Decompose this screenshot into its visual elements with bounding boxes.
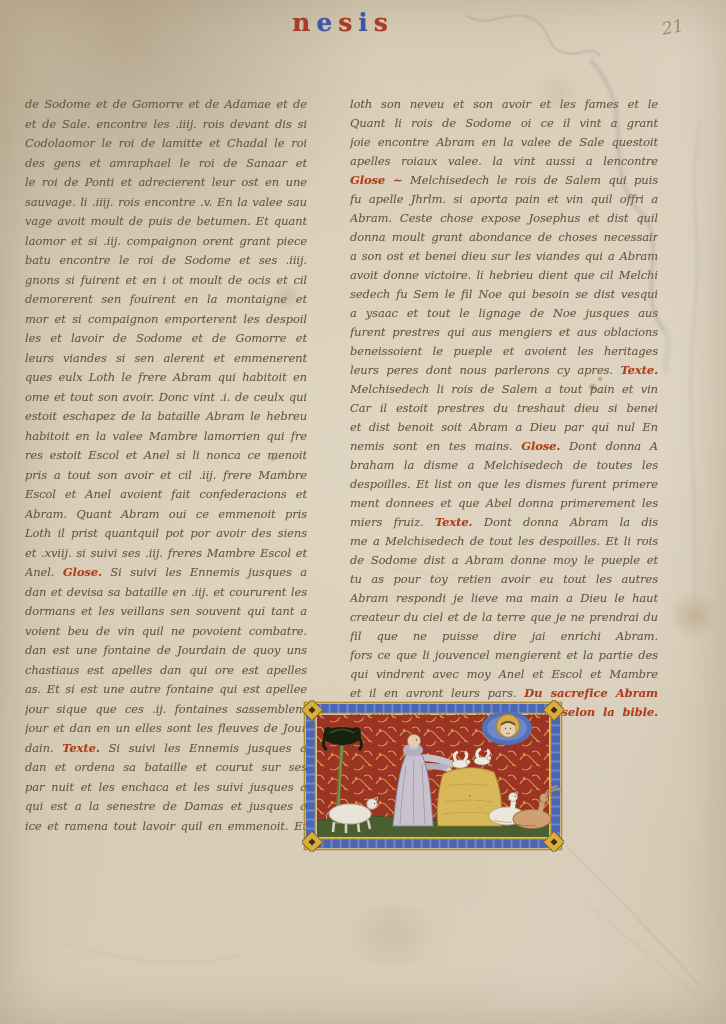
- text-segment: fil que ne puisse dire jai enrichi Abram…: [350, 629, 658, 643]
- text-segment: Loth il prist quantquil pot por avoir de…: [25, 526, 307, 544]
- text-segment: dormans et les veillans sen souvent qui …: [25, 604, 307, 618]
- text-segment: fors ce que li jouvencel mengierent et l…: [350, 648, 658, 665]
- text-segment: furent prestres qui aus mengiers et aus …: [350, 325, 658, 339]
- text-line: despoilles. Et list on que les dismes fu…: [350, 475, 658, 494]
- text-segment: beneissoient le pueple et avoient les he…: [350, 344, 658, 358]
- text-segment: estoit eschapez de la bataille Abram le …: [25, 409, 307, 427]
- text-segment: despoilles. Et list on que les dismes fu…: [350, 477, 658, 491]
- text-segment: leurs viandes si sen alerent et emmenere…: [25, 351, 307, 369]
- text-segment: Quant li rois de Sodome oi ce il vint a …: [350, 116, 658, 130]
- text-line: Escol et Anel avoient fait confederacion…: [25, 485, 307, 505]
- text-line: jour sique que ces .ij. fontaines sassem…: [25, 700, 307, 720]
- text-line: et dist benoit soit Abram a Dieu par qui…: [350, 418, 658, 437]
- text-line: createur du ciel et de la terre que je n…: [350, 608, 658, 627]
- text-segment: Escol et Anel avoient fait confederacion…: [25, 487, 307, 505]
- text-line: ome et tout son avoir. Donc vint .i. de …: [25, 388, 307, 408]
- text-line: apelles roiaux valee. la vint aussi a le…: [350, 152, 658, 171]
- god-head-icon: [482, 711, 532, 745]
- text-segment: les et lavoir de Sodome et de Gomorre et…: [25, 331, 307, 349]
- text-segment: batu encontre le roi de Sodome et ses .i…: [25, 253, 307, 271]
- text-segment: qui vindrent avec moy Anel et Escol et M…: [350, 667, 658, 681]
- text-line: pris a tout son avoir et cil .iij. frere…: [25, 466, 307, 486]
- text-segment: Si suivi les Ennemis jusques a: [100, 741, 307, 755]
- text-segment: Dont donna A: [560, 439, 658, 453]
- text-segment: ques eulx Loth le frere Abram qui habito…: [25, 370, 307, 388]
- text-segment: Abram respondi je lieve ma main a Dieu l…: [350, 591, 658, 605]
- text-segment: braham la disme a Melchisedech de toutes…: [350, 458, 658, 472]
- text-line: Loth il prist quantquil pot por avoir de…: [25, 524, 307, 544]
- text-segment: chastiaus est apelles dan qui ore est ap…: [25, 663, 307, 681]
- text-line: et de Sale. encontre les .iiij. rois dev…: [25, 115, 307, 135]
- text-line: les et lavoir de Sodome et de Gomorre et…: [25, 329, 307, 349]
- parchment-stain: [668, 592, 720, 638]
- text-line: nemis sont en tes mains. Glose. Dont don…: [350, 437, 658, 456]
- text-line: Melchisedech li rois de Salem a tout pai…: [350, 380, 658, 399]
- text-segment: res estoit Escol et Anel si li nonca ce …: [25, 448, 307, 466]
- text-segment: ment donnees et que Abel donna primereme…: [350, 496, 658, 513]
- text-line: le roi de Ponti et adrecierent leur ost …: [25, 173, 307, 193]
- text-line: Quant li rois de Sodome oi ce il vint a …: [350, 114, 658, 133]
- title-letter: s: [338, 8, 358, 37]
- text-line: Abram respondi je lieve ma main a Dieu l…: [350, 589, 658, 608]
- text-column-right: loth son neveu et son avoir et les fames…: [350, 95, 658, 722]
- text-line: fors ce que li jouvencel mengierent et l…: [350, 646, 658, 665]
- text-segment: Abram. Quant Abram oui ce emmenoit pris: [25, 507, 307, 521]
- text-segment: ice et ramena tout lavoir quil en emmeno…: [25, 819, 307, 833]
- header-title: nesis: [268, 8, 418, 38]
- text-segment: par nuit et les enchaca et les suivi jus…: [25, 780, 307, 798]
- text-segment: avoit donne victoire. li hebrieu dient q…: [350, 268, 658, 282]
- text-segment: Melchisedech le rois de Salem qui puis: [403, 173, 658, 187]
- text-segment: sauvage. li .iiij. rois encontre .v. En …: [25, 195, 307, 209]
- text-line: leurs peres dont nous parlerons cy apres…: [350, 361, 658, 380]
- text-segment: demorerent sen fouirent en la montaigne …: [25, 292, 307, 310]
- text-line: Car il estoit prestres du treshaut dieu …: [350, 399, 658, 418]
- text-line: avoit donne victoire. li hebrieu dient q…: [350, 266, 658, 285]
- title-letter: s: [374, 8, 394, 37]
- text-segment: tu as pour toy retien avoir eu tout les …: [350, 572, 658, 589]
- text-line: et .xviij. si suivi ses .iij. freres Mam…: [25, 544, 307, 564]
- rubric: Texte.: [435, 515, 472, 529]
- manuscript-page: nesis 21 de Sodome et de Gomorre et de A…: [0, 0, 726, 1024]
- text-line: fil que ne puisse dire jai enrichi Abram…: [350, 627, 658, 646]
- text-segment: de Sodome dist a Abram donne moy le puep…: [350, 553, 658, 567]
- text-segment: dan et ordena sa bataille et courut sur …: [25, 760, 307, 778]
- text-segment: a son ost et benei dieu sur les viandes …: [350, 249, 658, 263]
- text-segment: fu apelle Jhrlm. si aporta pain et vin q…: [350, 192, 658, 206]
- text-line: dormans et les veillans sen souvent qui …: [25, 602, 307, 622]
- text-line: as. Et si est une autre fontaine qui est…: [25, 680, 307, 700]
- text-line: donna moult grant abondance de choses ne…: [350, 228, 658, 247]
- text-segment: dan et devisa sa bataille en .iij. et co…: [25, 585, 307, 599]
- text-line: a son ost et benei dieu sur les viandes …: [350, 247, 658, 266]
- text-line: loth son neveu et son avoir et les fames…: [350, 95, 658, 114]
- text-segment: loth son neveu et son avoir et les fames…: [350, 97, 658, 114]
- text-segment: Car il estoit prestres du treshaut dieu …: [350, 401, 658, 418]
- text-line: dain. Texte. Si suivi les Ennemis jusque…: [25, 739, 307, 759]
- text-line: jour et dan en un elles sont les fleuves…: [25, 719, 307, 739]
- rubric: Glose.: [521, 439, 560, 453]
- text-line: de Sodome dist a Abram donne moy le puep…: [350, 551, 658, 570]
- text-line: Abram. Ceste chose expose Josephus et di…: [350, 209, 658, 228]
- miniature-illustration: [302, 700, 564, 852]
- text-line: vage avoit moult de puis de betumen. Et …: [25, 212, 307, 232]
- text-segment: mor et si compaignon emporterent les des…: [25, 312, 307, 326]
- text-line: beneissoient le pueple et avoient les he…: [350, 342, 658, 361]
- text-segment: laomor et si .iij. compaignon orent gran…: [25, 234, 307, 252]
- parchment-stain: [338, 905, 448, 965]
- text-line: sedech fu Sem le fil Noe qui besoin se d…: [350, 285, 658, 304]
- text-segment: miers fruiz.: [350, 515, 435, 529]
- text-segment: jour et dan en un elles sont les fleuves…: [25, 721, 307, 735]
- text-segment: et il en avront leurs pars.: [350, 686, 524, 700]
- text-segment: Codolaomor le roi de lamitte et Chadal l…: [25, 136, 307, 150]
- text-line: demorerent sen fouirent en la montaigne …: [25, 290, 307, 310]
- text-segment: de Sodome et de Gomorre et de Adamae et …: [25, 97, 307, 115]
- text-line: a ysaac et tout le lignage de Noe jusque…: [350, 304, 658, 323]
- text-line: laomor et si .iij. compaignon orent gran…: [25, 232, 307, 252]
- text-segment: voient beu de vin quil ne povoient comba…: [25, 624, 307, 638]
- text-line: joie encontre Abram en la valee de Sale …: [350, 133, 658, 152]
- text-segment: le roi de Ponti et adrecierent leur ost …: [25, 175, 307, 193]
- rubric: Texte.: [621, 363, 658, 377]
- text-segment: leurs peres dont nous parlerons cy apres…: [350, 363, 621, 377]
- text-segment: qui est a la senestre de Damas et jusque…: [25, 799, 307, 817]
- text-line: braham la disme a Melchisedech de toutes…: [350, 456, 658, 475]
- text-segment: a ysaac et tout le lignage de Noe jusque…: [350, 306, 658, 320]
- text-segment: Dont donna Abram la dis: [472, 515, 658, 529]
- text-line: Codolaomor le roi de lamitte et Chadal l…: [25, 134, 307, 154]
- text-line: fu apelle Jhrlm. si aporta pain et vin q…: [350, 190, 658, 209]
- text-column-left: de Sodome et de Gomorre et de Adamae et …: [25, 95, 307, 836]
- text-line: dan et ordena sa bataille et courut sur …: [25, 758, 307, 778]
- text-line: furent prestres qui aus mengiers et aus …: [350, 323, 658, 342]
- text-line: par nuit et les enchaca et les suivi jus…: [25, 778, 307, 798]
- text-segment: vage avoit moult de puis de betumen. Et …: [25, 214, 307, 232]
- text-line: Glose ~ Melchisedech le rois de Salem qu…: [350, 171, 658, 190]
- text-line: res estoit Escol et Anel si li nonca ce …: [25, 446, 307, 466]
- text-segment: donna moult grant abondance de choses ne…: [350, 230, 658, 244]
- title-letter: i: [358, 8, 374, 37]
- text-segment: ome et tout son avoir. Donc vint .i. de …: [25, 390, 307, 404]
- text-segment: et dist benoit soit Abram a Dieu par qui…: [350, 420, 658, 434]
- text-line: qui est a la senestre de Damas et jusque…: [25, 797, 307, 817]
- rubric: Texte.: [62, 741, 99, 755]
- text-line: me a Melchisedech de tout les despoilles…: [350, 532, 658, 551]
- text-line: tu as pour toy retien avoir eu tout les …: [350, 570, 658, 589]
- folio-number: 21: [660, 16, 685, 39]
- text-segment: me a Melchisedech de tout les despoilles…: [350, 534, 658, 548]
- text-segment: habitoit en la valee Mambre lamorrien qu…: [25, 429, 307, 443]
- text-line: sauvage. li .iiij. rois encontre .v. En …: [25, 193, 307, 213]
- text-line: dan est une fontaine de Jourdain de quoy…: [25, 641, 307, 661]
- text-line: des gens et amraphael le roi de Sanaar e…: [25, 154, 307, 174]
- text-line: habitoit en la valee Mambre lamorrien qu…: [25, 427, 307, 447]
- text-line: estoit eschapez de la bataille Abram le …: [25, 407, 307, 427]
- text-line: dan et devisa sa bataille en .iij. et co…: [25, 583, 307, 603]
- text-segment: as. Et si est une autre fontaine qui est…: [25, 682, 307, 696]
- text-segment: dan est une fontaine de Jourdain de quoy…: [25, 643, 307, 657]
- text-segment: createur du ciel et de la terre que je n…: [350, 610, 658, 627]
- text-line: qui vindrent avec moy Anel et Escol et M…: [350, 665, 658, 684]
- text-line: ques eulx Loth le frere Abram qui habito…: [25, 368, 307, 388]
- text-line: ice et ramena tout lavoir quil en emmeno…: [25, 817, 307, 837]
- text-segment: dain.: [25, 741, 62, 755]
- text-segment: Si suivi les Ennemis jusques a: [102, 565, 307, 579]
- text-segment: des gens et amraphael le roi de Sanaar e…: [25, 156, 307, 174]
- text-segment: Anel.: [25, 565, 63, 579]
- text-segment: et .xviij. si suivi ses .iij. freres Mam…: [25, 546, 307, 560]
- text-line: miers fruiz. Texte. Dont donna Abram la …: [350, 513, 658, 532]
- text-segment: nemis sont en tes mains.: [350, 439, 521, 453]
- text-line: batu encontre le roi de Sodome et ses .i…: [25, 251, 307, 271]
- text-segment: pris a tout son avoir et cil .iij. frere…: [25, 468, 307, 482]
- text-line: de Sodome et de Gomorre et de Adamae et …: [25, 95, 307, 115]
- text-line: ment donnees et que Abel donna primereme…: [350, 494, 658, 513]
- text-segment: Melchisedech li rois de Salem a tout pai…: [350, 382, 658, 396]
- text-line: voient beu de vin quil ne povoient comba…: [25, 622, 307, 642]
- text-segment: et de Sale. encontre les .iiij. rois dev…: [25, 117, 307, 135]
- text-segment: jour sique que ces .ij. fontaines sassem…: [25, 702, 307, 716]
- title-letter: e: [316, 8, 338, 37]
- rubric: Glose.: [63, 565, 102, 579]
- text-line: chastiaus est apelles dan qui ore est ap…: [25, 661, 307, 681]
- text-line: Abram. Quant Abram oui ce emmenoit pris: [25, 505, 307, 525]
- text-line: Anel. Glose. Si suivi les Ennemis jusque…: [25, 563, 307, 583]
- text-line: mor et si compaignon emporterent les des…: [25, 310, 307, 330]
- text-line: gnons si fuirent et en i ot moult de oci…: [25, 271, 307, 291]
- text-segment: gnons si fuirent et en i ot moult de oci…: [25, 273, 307, 291]
- text-segment: apelles roiaux valee. la vint aussi a le…: [350, 154, 658, 171]
- text-segment: Abram. Ceste chose expose Josephus et di…: [350, 211, 658, 225]
- rubric: Glose ~: [350, 173, 403, 187]
- text-segment: joie encontre Abram en la valee de Sale …: [350, 135, 658, 149]
- text-line: leurs viandes si sen alerent et emmenere…: [25, 349, 307, 369]
- title-letter: n: [292, 8, 316, 37]
- text-segment: sedech fu Sem le fil Noe qui besoin se d…: [350, 287, 658, 301]
